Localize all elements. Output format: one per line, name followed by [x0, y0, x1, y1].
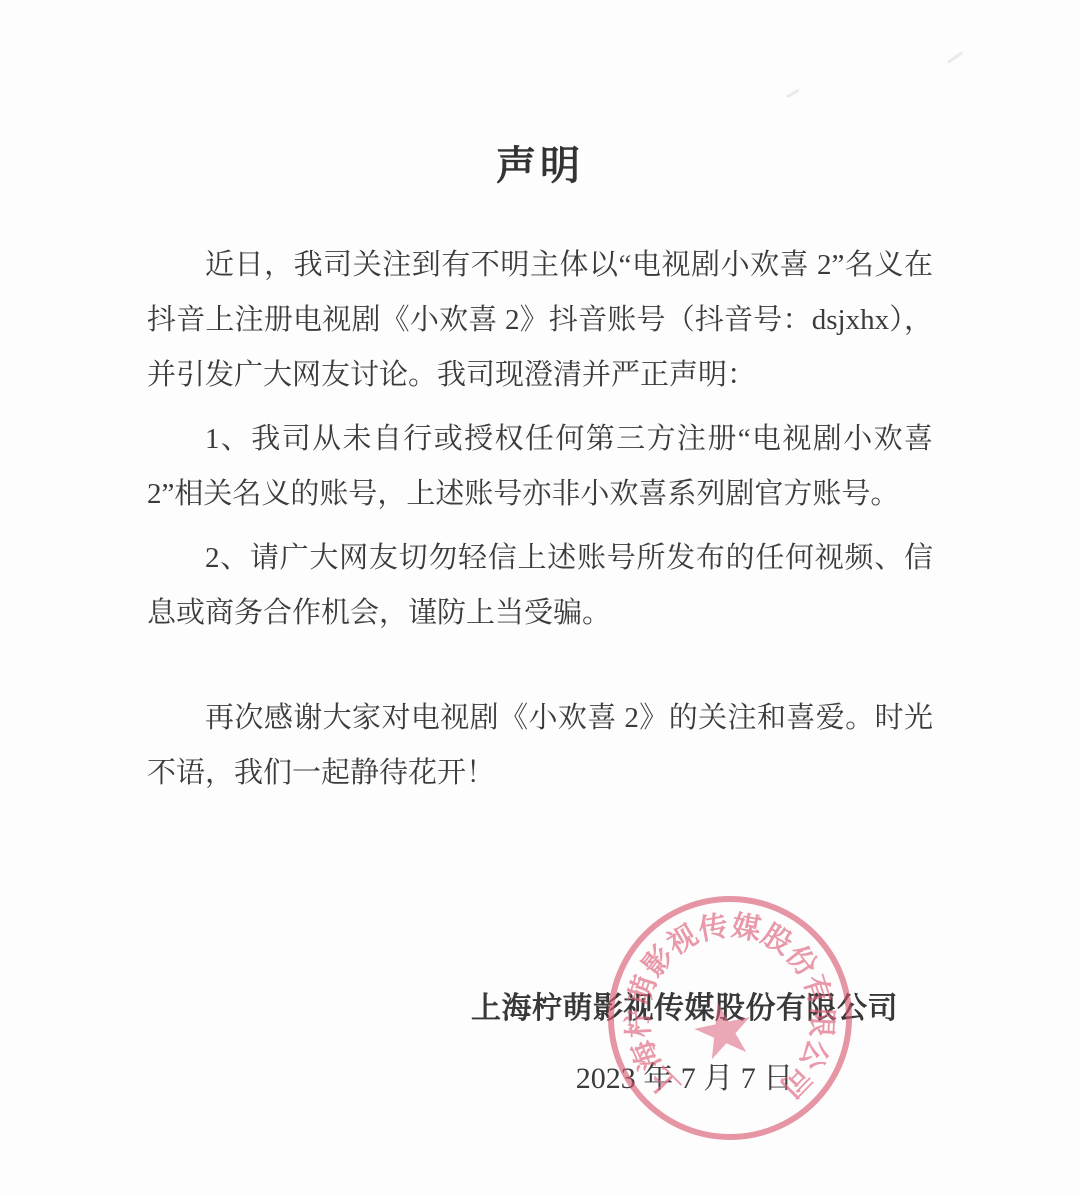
- document-body: 近日，我司关注到有不明主体以“电视剧小欢喜 2”名义在抖音上注册电视剧《小欢喜 …: [147, 238, 933, 810]
- statement-paragraph-closing: 再次感谢大家对电视剧《小欢喜 2》的关注和喜爱。时光不语，我们一起静待花开！: [147, 691, 933, 801]
- statement-paragraph-item-2: 2、请广大网友切勿轻信上述账号所发布的任何视频、信息或商务合作机会，谨防上当受骗…: [147, 531, 933, 641]
- statement-date: 2023 年 7 月 7 日: [471, 1053, 898, 1097]
- statement-paragraph-item-1: 1、我司从未自行或授权任何第三方注册“电视剧小欢喜 2”相关名义的账号，上述账号…: [147, 412, 933, 522]
- statement-document: 声明 近日，我司关注到有不明主体以“电视剧小欢喜 2”名义在抖音上注册电视剧《小…: [0, 0, 1080, 1197]
- company-signature: 上海柠萌影视传媒股份有限公司: [471, 983, 898, 1027]
- signature-block: 上海柠萌影视传媒股份有限公司 2023 年 7 月 7 日: [471, 983, 898, 1097]
- statement-paragraph-intro: 近日，我司关注到有不明主体以“电视剧小欢喜 2”名义在抖音上注册电视剧《小欢喜 …: [147, 238, 933, 403]
- document-title: 声明: [0, 0, 1080, 191]
